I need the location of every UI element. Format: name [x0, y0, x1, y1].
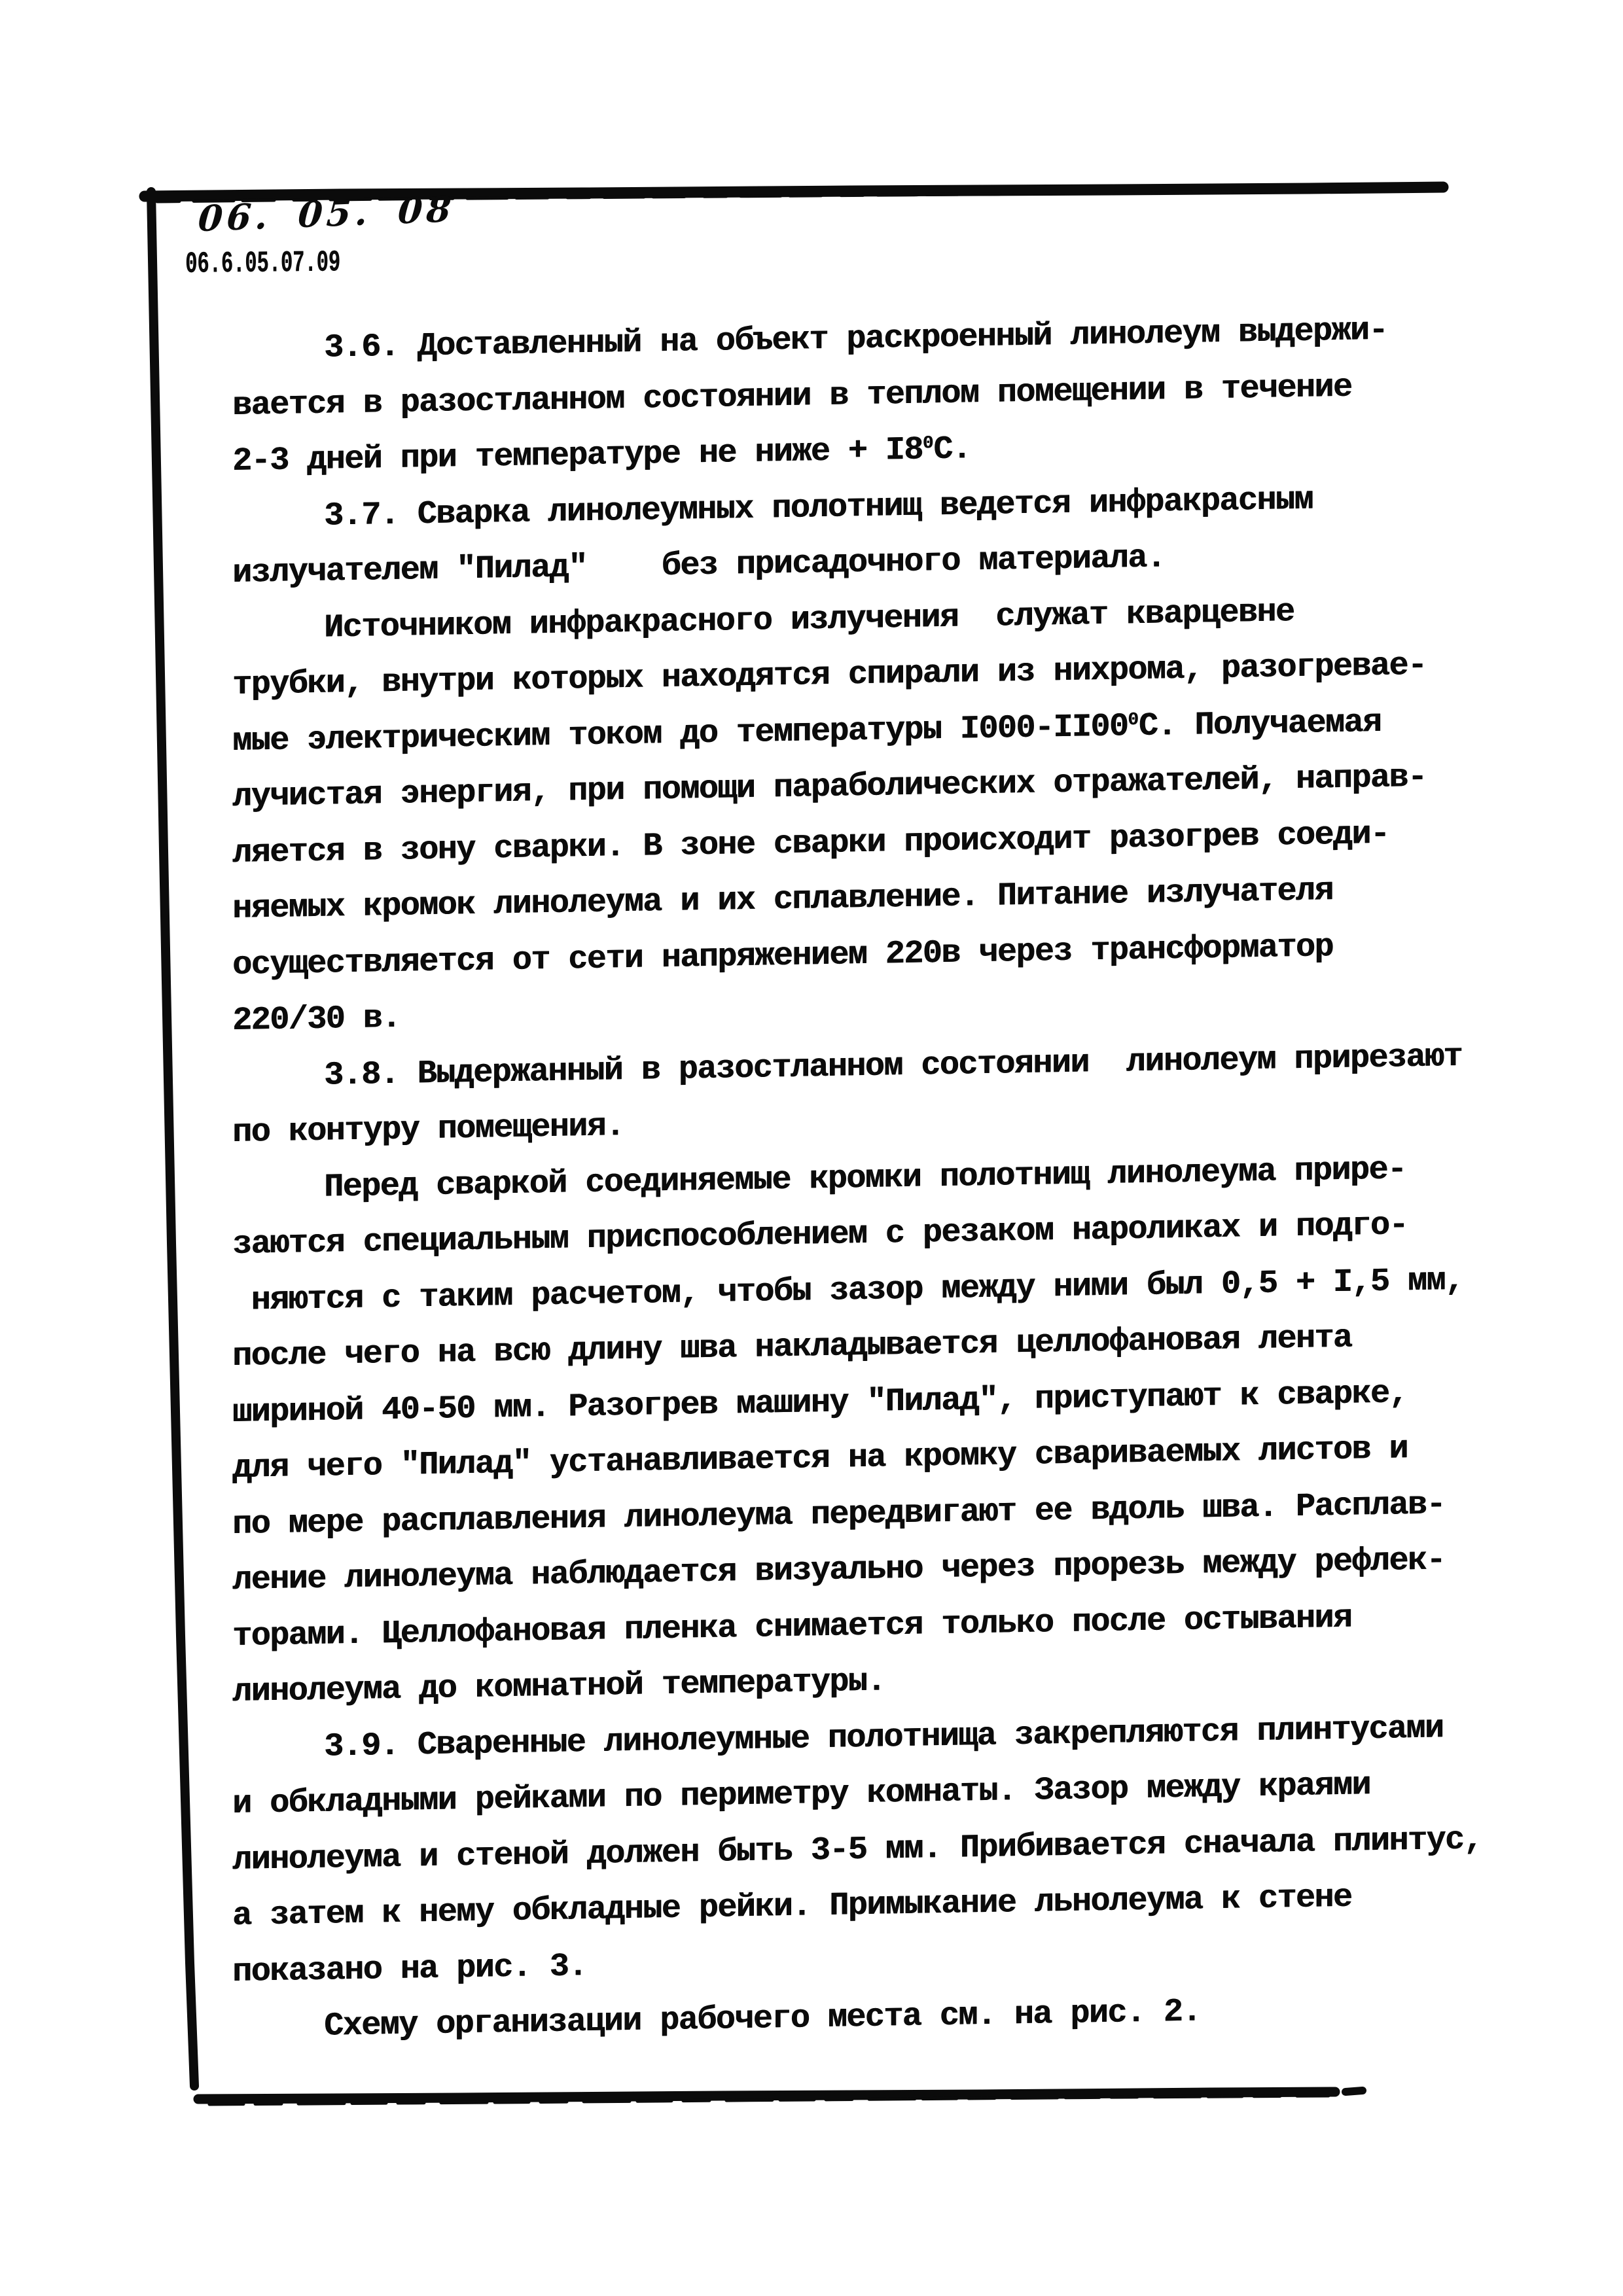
border-left-line [151, 192, 194, 2086]
border-bottom-dash [1346, 2091, 1363, 2092]
typed-code: 06.6.05.07.09 [185, 245, 365, 281]
degree-superscript: 0 [923, 433, 934, 453]
document-text-block: 3.6. Доставленный на объект раскроенный … [232, 300, 1541, 2057]
degree-superscript: 0 [1128, 710, 1139, 730]
scanned-document-page: 06. 05. 08 06.6.05.07.09 3.6. Доставленн… [0, 0, 1623, 2296]
document-codes: 06. 05. 08 06.6.05.07.09 [185, 198, 457, 281]
